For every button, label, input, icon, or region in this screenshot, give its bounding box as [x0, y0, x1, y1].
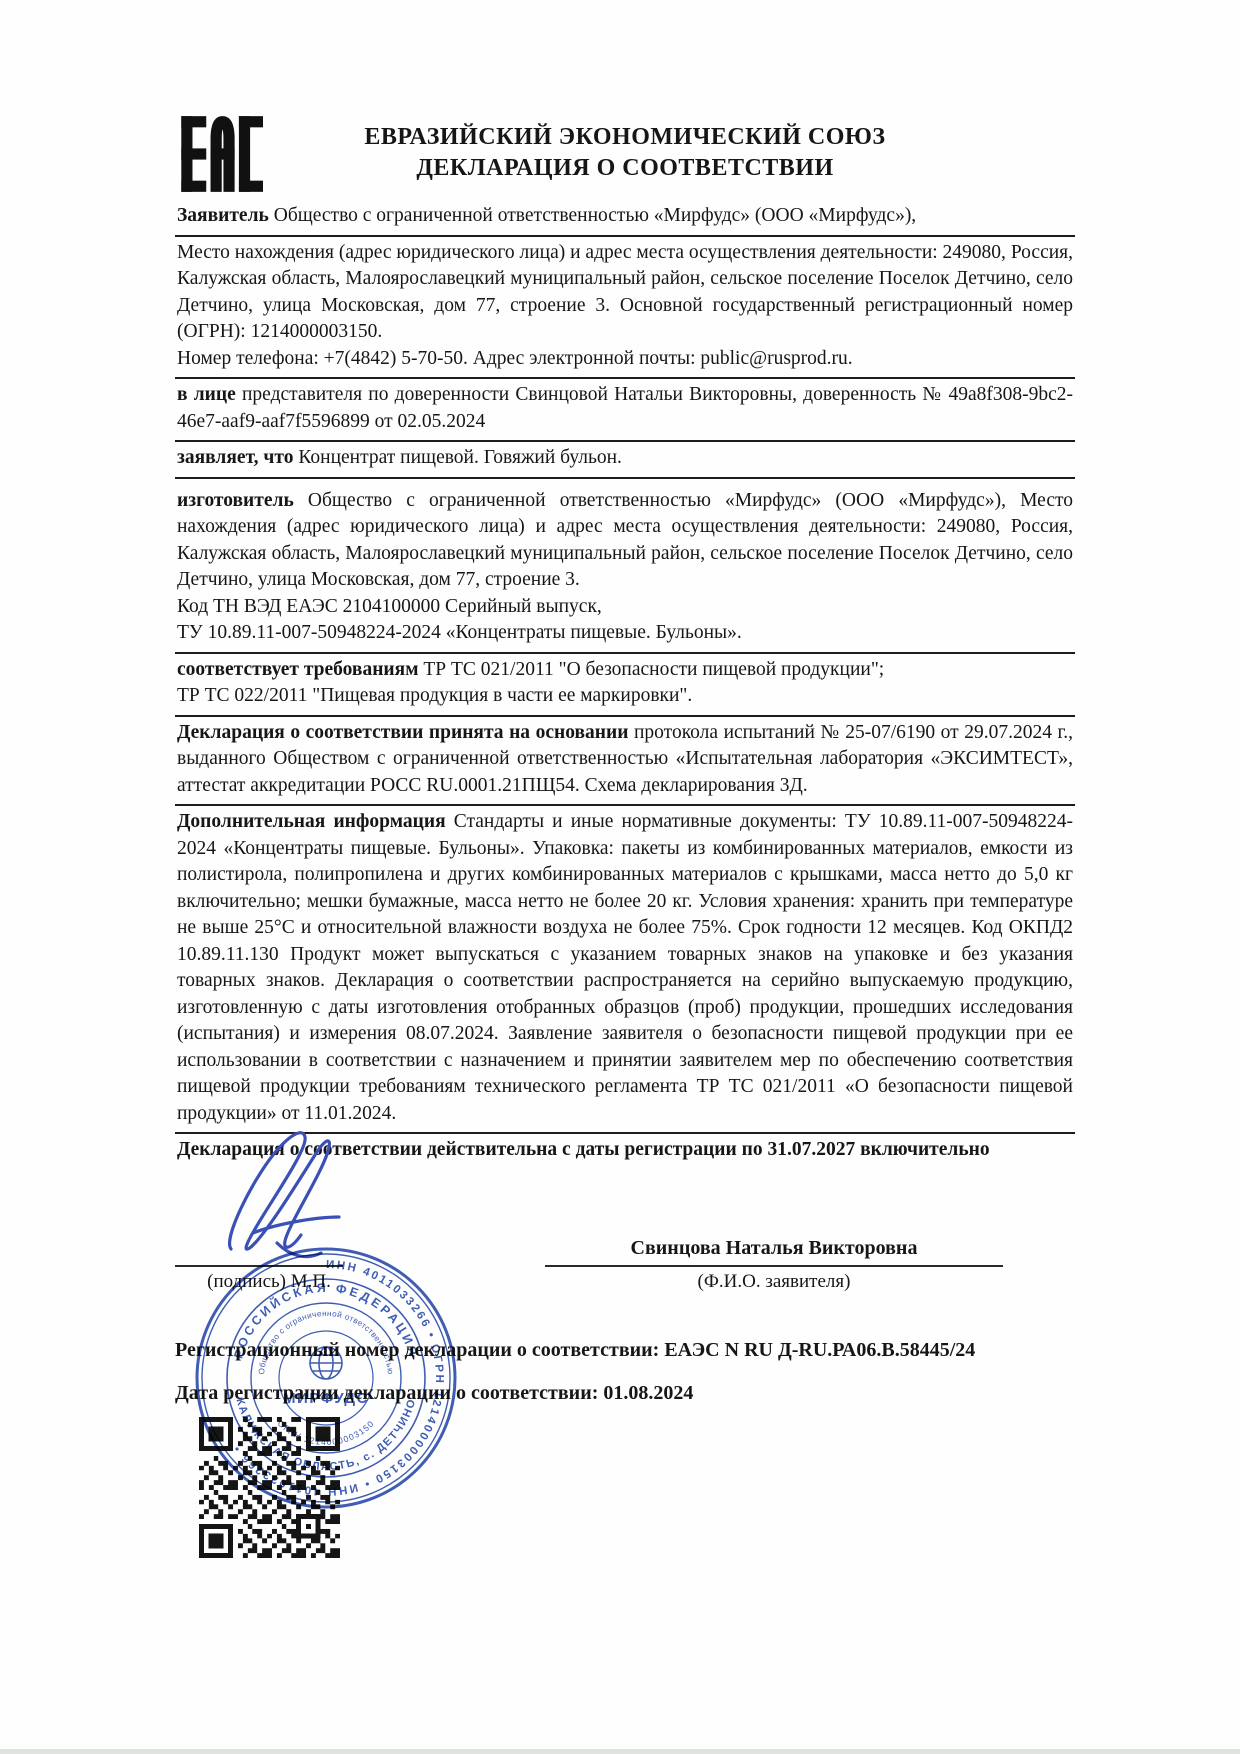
complies-label: соответствует требованиям [177, 659, 419, 680]
tu-line: ТУ 10.89.11-007-50948224-2024 «Концентра… [177, 620, 1073, 647]
declares-label: заявляет, что [177, 447, 294, 468]
additional-info-label: Дополнительная информация [177, 811, 446, 832]
document-titles: ЕВРАЗИЙСКИЙ ЭКОНОМИЧЕСКИЙ СОЮЗ ДЕКЛАРАЦИ… [175, 106, 1075, 184]
declares-text: Концентрат пищевой. Говяжий бульон. [298, 447, 622, 468]
signature-and-registration-area: (подпись) М.П. Свинцова Наталья Викторов… [175, 1179, 1075, 1699]
section-manufacturer: изготовитель Общество с ограниченной отв… [175, 479, 1075, 654]
registration-number-line: Регистрационный номер декларации о соотв… [175, 1339, 1075, 1362]
name-line [545, 1265, 1003, 1267]
tnved-code-line: Код ТН ВЭД ЕАЭС 2104100000 Серийный выпу… [177, 594, 1073, 621]
section-complies: соответствует требованиям ТР ТС 021/2011… [175, 654, 1075, 717]
phone-email-text: Номер телефона: +7(4842) 5-70-50. Адрес … [177, 346, 1073, 373]
title-declaration: ДЕКЛАРАЦИЯ О СООТВЕТСТВИИ [175, 153, 1075, 184]
signature-caption: (подпись) М.П. [175, 1271, 363, 1293]
basis-label: Декларация о соответствии принята на осн… [177, 722, 628, 743]
signature-line [175, 1265, 343, 1267]
complies-text-1: ТР ТС 021/2011 "О безопасности пищевой п… [423, 659, 884, 680]
eac-mark-icon [177, 108, 263, 200]
section-additional-info: Дополнительная информация Стандарты и ин… [175, 806, 1075, 1134]
representative-label: в лице [177, 384, 236, 405]
section-declares: заявляет, что Концентрат пищевой. Говяжи… [175, 442, 1075, 479]
section-address: Место нахождения (адрес юридического лиц… [175, 237, 1075, 380]
representative-text: представителя по доверенности Свинцовой … [177, 384, 1073, 432]
section-basis: Декларация о соответствии принята на осн… [175, 717, 1075, 807]
section-representative: в лице представителя по доверенности Сви… [175, 379, 1075, 442]
address-text: Место нахождения (адрес юридического лиц… [177, 240, 1073, 346]
applicant-full-name: Свинцова Наталья Викторовна [545, 1237, 1003, 1260]
complies-text-2: ТР ТС 022/2011 "Пищевая продукция в част… [177, 683, 1073, 710]
applicant-label: Заявитель [177, 205, 269, 226]
qr-code [199, 1417, 340, 1558]
manufacturer-label: изготовитель [177, 490, 294, 511]
name-caption: (Ф.И.О. заявителя) [545, 1271, 1003, 1293]
manufacturer-text: Общество с ограниченной ответственностью… [177, 490, 1073, 591]
section-applicant: Заявитель Общество с ограниченной ответс… [175, 200, 1075, 237]
additional-info-text: Стандарты и иные нормативные документы: … [177, 811, 1073, 1124]
handwritten-signature-icon [193, 1121, 408, 1271]
declaration-document-page: ЕВРАЗИЙСКИЙ ЭКОНОМИЧЕСКИЙ СОЮЗ ДЕКЛАРАЦИ… [0, 0, 1240, 1754]
document-header: ЕВРАЗИЙСКИЙ ЭКОНОМИЧЕСКИЙ СОЮЗ ДЕКЛАРАЦИ… [175, 106, 1075, 200]
applicant-text: Общество с ограниченной ответственностью… [274, 205, 916, 226]
title-union: ЕВРАЗИЙСКИЙ ЭКОНОМИЧЕСКИЙ СОЮЗ [175, 122, 1075, 153]
document-content: ЕВРАЗИЙСКИЙ ЭКОНОМИЧЕСКИЙ СОЮЗ ДЕКЛАРАЦИ… [175, 106, 1075, 1699]
registration-date-line: Дата регистрации декларации о соответств… [175, 1382, 1075, 1405]
